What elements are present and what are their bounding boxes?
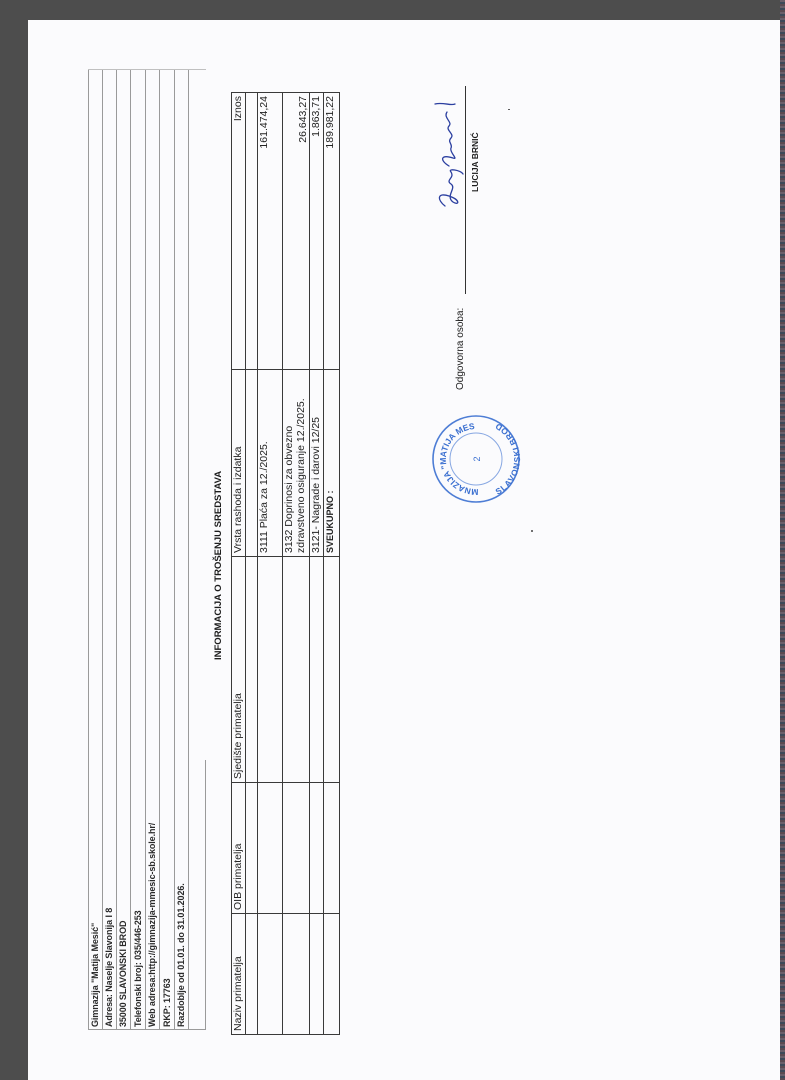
column-header-sjediste: Sjedište primatelja (232, 557, 246, 783)
total-label: SVEUKUPNO : (324, 370, 340, 557)
table-header-row: Naziv primatelja OIB primatelja Sjedište… (232, 93, 246, 1035)
column-header-naziv: Naziv primatelja (232, 914, 246, 1035)
responsible-person-label: Odgovorna osoba: (455, 308, 466, 390)
school-rkp: RKP: 17763 (162, 978, 172, 1027)
table-row-blank (246, 93, 258, 1035)
expense-type: 3132 Doprinosi za obvezno zdravstveno os… (283, 370, 310, 557)
scan-speck (531, 530, 533, 532)
table-row: 3132 Doprinosi za obvezno zdravstveno os… (283, 93, 310, 1035)
total-value: 189.981,22 (324, 93, 340, 370)
report-period: Razdoblje od 01.01. do 31.01.2026. (176, 883, 186, 1027)
responsible-person-name: LUCIJA BRNIĆ (470, 132, 480, 192)
school-web: Web adresa:http://gimnazija-mmesic-sb.sk… (147, 823, 157, 1027)
expense-type: 3111 Plaća za 12./2025. (258, 370, 283, 557)
svg-text:SLAVONSKI BROD: SLAVONSKI BROD (494, 421, 522, 496)
scan-edge (780, 0, 785, 1080)
school-stamp: GIMNAZIJA "MATIJA MESIĆ" SLAVONSKI BROD … (430, 413, 522, 505)
school-phone: Telefonski broj: 035/446-253 (133, 910, 143, 1027)
expense-amount: 161.474,24 (258, 93, 283, 370)
table-row: 3121- Nagrade i darovi 12/25 1.863,71 (310, 93, 324, 1035)
school-name: Gimnazija "Matija Mesić" (90, 923, 100, 1027)
table-total-row: SVEUKUPNO : 189.981,22 (324, 93, 340, 1035)
stamp-icon: GIMNAZIJA "MATIJA MESIĆ" SLAVONSKI BROD … (430, 413, 522, 505)
document-page: Gimnazija "Matija Mesić" Adresa: Naselje… (28, 20, 780, 1080)
expenditure-table: Naziv primatelja OIB primatelja Sjedište… (231, 92, 340, 1035)
column-header-oib: OIB primatelja (232, 783, 246, 914)
table-row: 3111 Plaća za 12./2025. 161.474,24 (258, 93, 283, 1035)
header-grid: Gimnazija "Matija Mesić" Adresa: Naselje… (88, 70, 206, 1030)
svg-text:2: 2 (472, 456, 482, 461)
school-city: 35000 SLAVONSKI BROD (118, 921, 128, 1027)
signature-block: Odgovorna osoba: LUCIJA BRNIĆ (433, 60, 493, 390)
expense-amount: 26.643,27 (283, 93, 310, 370)
handwritten-signature-icon (431, 84, 467, 214)
expense-type: 3121- Nagrade i darovi 12/25 (310, 370, 324, 557)
expense-amount: 1.863,71 (310, 93, 324, 370)
column-header-vrsta: Vrsta rashoda i izdatka (232, 370, 246, 557)
document-title: INFORMACIJA O TROŠENJU SREDSTAVA (213, 471, 224, 660)
scan-speck (508, 109, 510, 110)
school-address: Adresa: Naselje Slavonija I 8 (104, 908, 114, 1027)
column-header-iznos: Iznos (232, 93, 246, 370)
